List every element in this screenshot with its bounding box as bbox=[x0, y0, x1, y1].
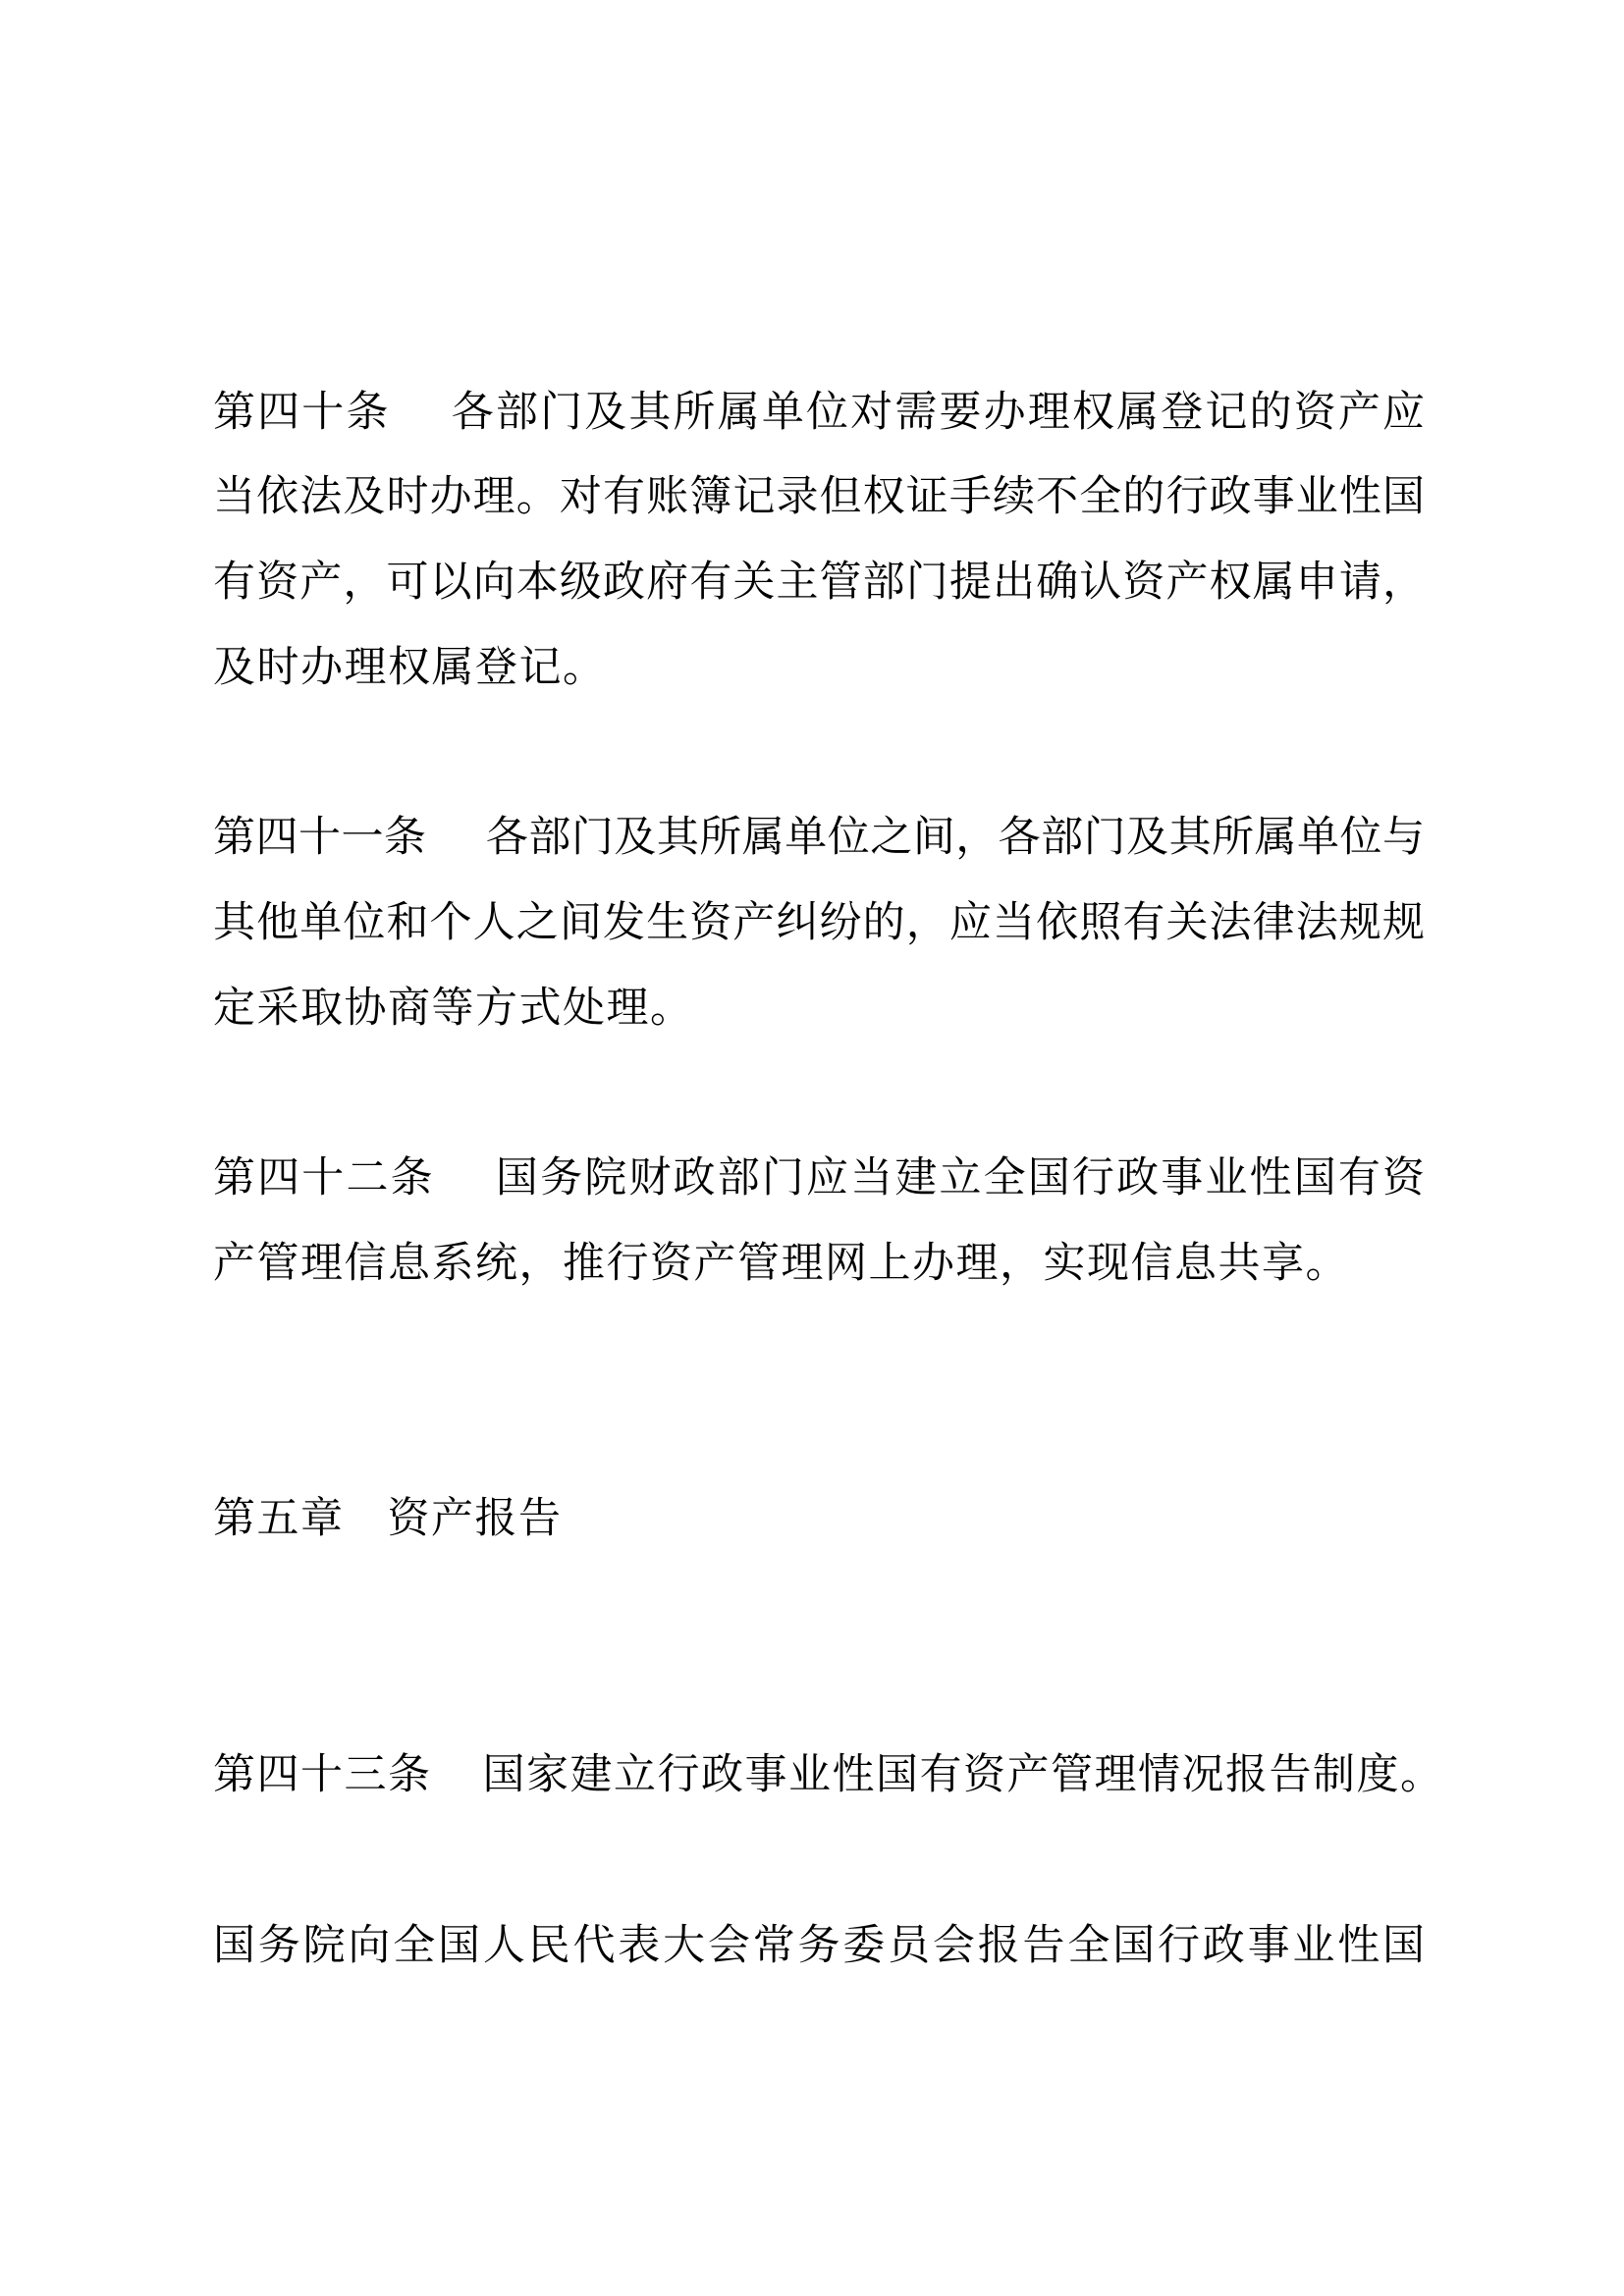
article-40-line-1: 第四十条各部门及其所属单位对需要办理权属登记的资产应 bbox=[213, 370, 1425, 455]
article-41-number: 第四十一条 bbox=[213, 813, 426, 862]
article-41-line-2: 其他单位和个人之间发生资产纠纷的，应当依照有关法律法规规 bbox=[213, 881, 1425, 966]
article-41-line-3: 定采取协商等方式处理。 bbox=[213, 966, 1425, 1051]
article-43-line-1: 第四十三条国家建立行政事业性国有资产管理情况报告制度。 bbox=[213, 1733, 1425, 1818]
article-40-text-1: 各部门及其所属单位对需要办理权属登记的资产应 bbox=[450, 388, 1425, 437]
article-40-line-4: 及时办理权属登记。 bbox=[213, 625, 1425, 711]
article-42-text-1: 国务院财政部门应当建立全国行政事业性国有资 bbox=[494, 1153, 1425, 1202]
article-42-number: 第四十二条 bbox=[213, 1153, 435, 1202]
article-41-line-1: 第四十一条各部门及其所属单位之间，各部门及其所属单位与 bbox=[213, 795, 1425, 881]
continuation-paragraph-line-1: 国务院向全国人民代表大会常务委员会报告全国行政事业性国 bbox=[213, 1903, 1425, 1989]
article-40-number: 第四十条 bbox=[213, 388, 391, 437]
article-40-line-3: 有资产，可以向本级政府有关主管部门提出确认资产权属申请， bbox=[213, 540, 1425, 625]
article-41-text-1: 各部门及其所属单位之间，各部门及其所属单位与 bbox=[485, 813, 1425, 862]
article-42-line-2: 产管理信息系统，推行资产管理网上办理，实现信息共享。 bbox=[213, 1221, 1425, 1307]
article-43-text: 国家建立行政事业性国有资产管理情况报告制度。 bbox=[483, 1750, 1444, 1799]
article-42-line-1: 第四十二条国务院财政部门应当建立全国行政事业性国有资 bbox=[213, 1136, 1425, 1221]
document-page: 第四十条各部门及其所属单位对需要办理权属登记的资产应 当依法及时办理。对有账簿记… bbox=[0, 0, 1624, 2296]
chapter-number: 第五章 bbox=[213, 1494, 345, 1543]
chapter-title: 资产报告 bbox=[388, 1494, 563, 1543]
chapter-heading: 第五章资产报告 bbox=[213, 1476, 1425, 1562]
article-43-number: 第四十三条 bbox=[213, 1750, 432, 1799]
article-40-line-2: 当依法及时办理。对有账簿记录但权证手续不全的行政事业性国 bbox=[213, 454, 1425, 540]
